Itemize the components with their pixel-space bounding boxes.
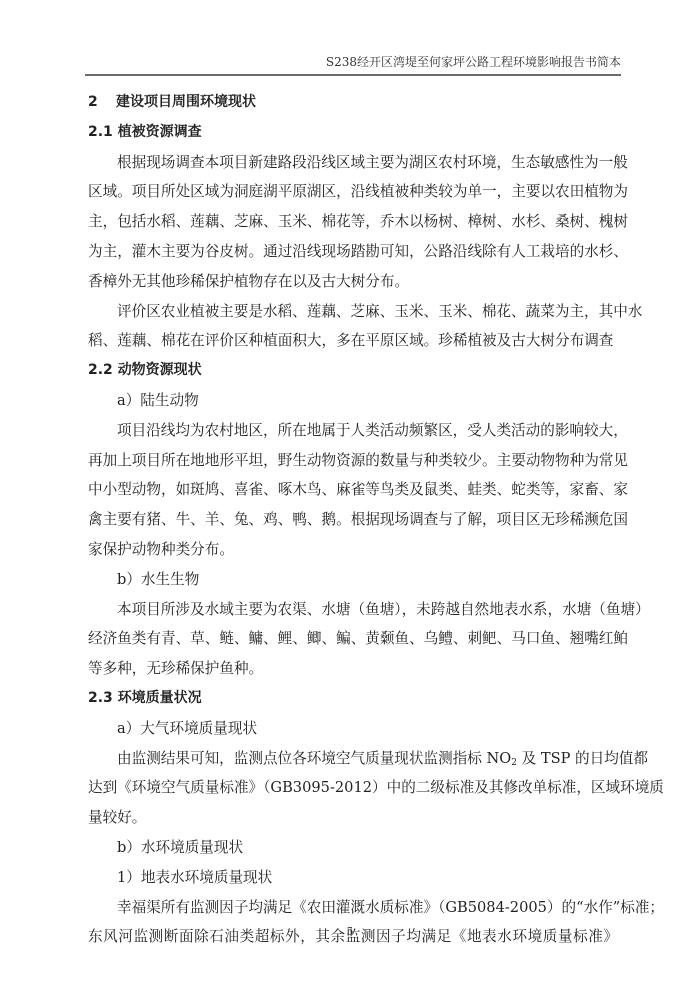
paragraph-line: 禽主要有猪、牛、羊、兔、鸡、鸭、鹅。根据现场调查与了解，项目区无珍稀濒危国	[88, 505, 618, 535]
paragraph-line: 香樟外无其他珍稀保护植物存在以及古大树分布。	[88, 267, 618, 297]
text-run: 由监测结果可知，监测点位各环境空气质量现状监测指标 NO	[117, 750, 511, 767]
paragraph-line: 稻、莲藕、棉花在评价区种植面积大，多在平原区域。珍稀植被及古大树分布调查	[88, 326, 618, 356]
heading-number: 2.1	[88, 124, 113, 140]
section-heading-2-2: 2.2 动物资源现状	[88, 356, 618, 386]
paragraph-line: 项目沿线均为农村地区，所在地属于人类活动频繁区，受人类活动的影响较大，	[88, 416, 618, 446]
heading-number: 2.2	[88, 362, 113, 378]
paragraph-line: 达到《环境空气质量标准》（GB3095-2012）中的二级标准及其修改单标准，区…	[88, 773, 618, 803]
paragraph-line: 幸福渠所有监测因子均满足《农田灌溉水质标准》（GB5084-2005）的“水作”…	[88, 893, 618, 923]
paragraph-line: 主，包括水稻、莲藕、芝麻、玉米、棉花等，乔木以杨树、樟树、水杉、桑树、槐树	[88, 207, 618, 237]
heading-title: 动物资源现状	[118, 362, 202, 378]
heading-title: 建设项目周围环境现状	[116, 94, 256, 110]
paragraph-line: 中小型动物，如斑鸠、喜雀、啄木鸟、麻雀等鸟类及鼠类、蛙类、蛇类等，家畜、家	[88, 475, 618, 505]
section-heading-2-1: 2.1 植被资源调查	[88, 118, 618, 148]
header-title: S238经开区湾堤至何家坪公路工程环境影响报告书简本	[326, 55, 621, 69]
heading-title: 环境质量状况	[118, 690, 202, 706]
paragraph-line: 为主，灌木主要为谷皮树。通过沿线现场踏勘可知，公路沿线除有人工栽培的水杉、	[88, 237, 618, 267]
subheading-aquatic: b）水生生物	[88, 565, 618, 595]
section-heading-2-3: 2.3 环境质量状况	[88, 684, 618, 714]
section-heading-2: 2建设项目周围环境现状	[88, 88, 618, 118]
page-body: 2建设项目周围环境现状 2.1 植被资源调查 根据现场调查本项目新建路段沿线区域…	[88, 88, 618, 952]
subheading-terrestrial: a）陆生动物	[88, 386, 618, 416]
paragraph-line: 家保护动物种类分布。	[88, 535, 618, 565]
paragraph-line: 再加上项目所在地地形平坦，野生动物资源的数量与种类较少。主要动物物种为常见	[88, 446, 618, 476]
running-header: S238经开区湾堤至何家坪公路工程环境影响报告书简本	[85, 52, 621, 76]
heading-number: 2	[88, 88, 116, 118]
paragraph-line: 由监测结果可知，监测点位各环境空气质量现状监测指标 NO2 及 TSP 的日均值…	[88, 744, 618, 774]
page-number: 5	[0, 925, 700, 938]
text-run: 及 TSP 的日均值都	[517, 750, 648, 767]
subheading-water-quality: b）水环境质量现状	[88, 833, 618, 863]
paragraph-line: 区域。项目所处区域为洞庭湖平原湖区，沿线植被种类较为单一，主要以农田植物为	[88, 177, 618, 207]
paragraph-line: 根据现场调查本项目新建路段沿线区域主要为湖区农村环境，生态敏感性为一般	[88, 148, 618, 178]
paragraph-line: 本项目所涉及水域主要为农渠、水塘（鱼塘），未跨越自然地表水系，水塘（鱼塘）	[88, 595, 618, 625]
heading-title: 植被资源调查	[118, 124, 202, 140]
paragraph-line: 经济鱼类有青、草、鲢、鳙、鲤、鲫、鳊、黄颡鱼、乌鳢、刺鲃、马口鱼、翘嘴红鲌	[88, 624, 618, 654]
subheading-air-quality: a）大气环境质量现状	[88, 714, 618, 744]
heading-number: 2.3	[88, 690, 113, 706]
subheading-surface-water: 1）地表水环境质量现状	[88, 863, 618, 893]
paragraph-line: 量较好。	[88, 803, 618, 833]
paragraph-line: 评价区农业植被主要是水稻、莲藕、芝麻、玉米、玉米、棉花、蔬菜为主，其中水	[88, 297, 618, 327]
paragraph-line: 等多种，无珍稀保护鱼种。	[88, 654, 618, 684]
